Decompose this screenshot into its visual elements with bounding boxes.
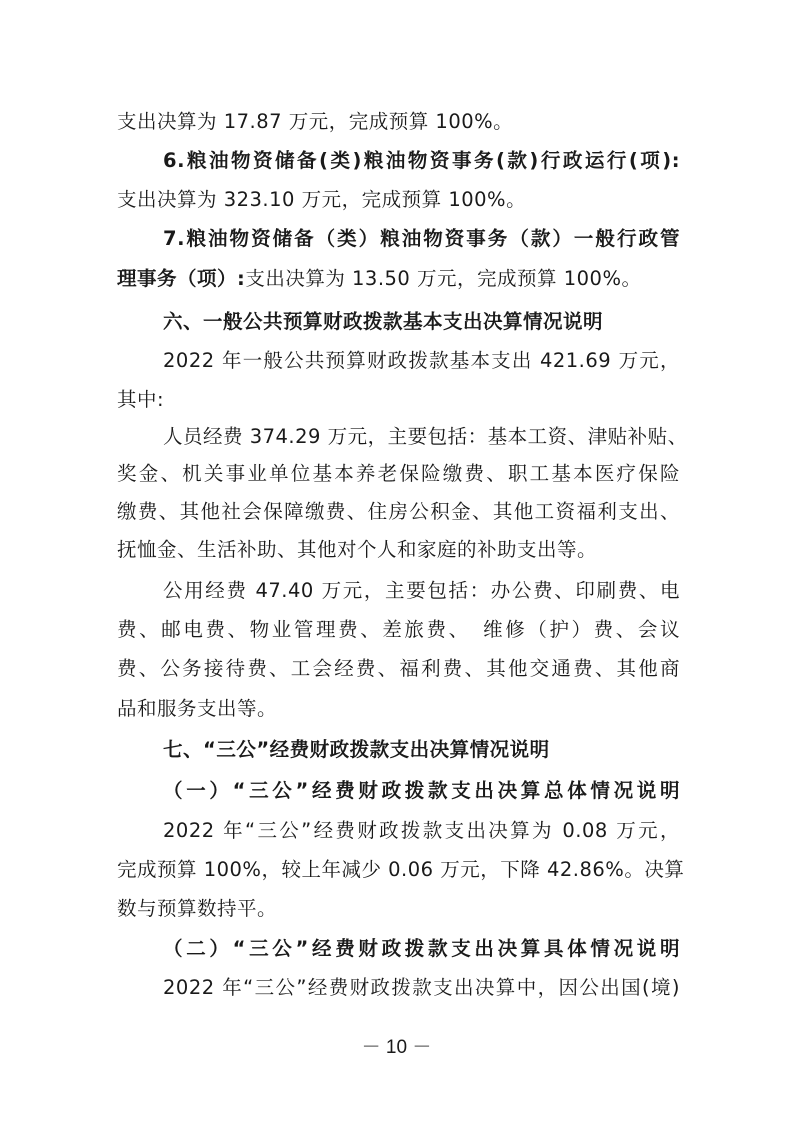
page-number: － 10 －	[0, 1032, 793, 1059]
paragraph-line: 支出决算为 323.10 万元，完成预算 100%。	[117, 187, 680, 213]
paragraph-line: 抚恤金、生活补助、其他对个人和家庭的补助支出等。	[117, 537, 680, 563]
item-7-value: 支出决算为 13.50 万元，完成预算 100%。	[245, 267, 641, 290]
paragraph-line: 公用经费 47.40 万元，主要包括：办公费、印刷费、电	[163, 578, 680, 604]
paragraph-line: 完成预算 100%，较上年减少 0.06 万元，下降 42.86%。决算	[117, 857, 680, 883]
paragraph-line: 2022 年“三公”经费财政拨款支出决算为 0.08 万元，	[163, 818, 680, 844]
section-6-heading: 六、一般公共预算财政拨款基本支出决算情况说明	[163, 309, 680, 335]
subsection-2-heading: （二）“三公”经费财政拨款支出决算具体情况说明	[163, 936, 680, 962]
paragraph-line: 理事务（项）:支出决算为 13.50 万元，完成预算 100%。	[117, 266, 680, 292]
paragraph-line: 费、公务接待费、工会经费、福利费、其他交通费、其他商	[117, 656, 680, 682]
paragraph-line: 费、邮电费、物业管理费、差旅费、 维修（护）费、会议	[117, 617, 680, 643]
paragraph-line: 其中:	[117, 387, 680, 413]
paragraph-line: 数与预算数持平。	[117, 896, 680, 922]
paragraph-line: 2022 年一般公共预算财政拨款基本支出 421.69 万元，	[163, 348, 680, 374]
paragraph-line: 人员经费 374.29 万元，主要包括：基本工资、津贴补贴、	[163, 424, 680, 450]
subsection-1-heading: （一）“三公”经费财政拨款支出决算总体情况说明	[163, 778, 680, 804]
paragraph-line: 品和服务支出等。	[117, 696, 680, 722]
paragraph-line: 奖金、机关事业单位基本养老保险缴费、职工基本医疗保险	[117, 461, 680, 487]
item-7-heading: 7.粮油物资储备（类）粮油物资事务（款）一般行政管	[163, 226, 680, 252]
section-7-heading: 七、“三公”经费财政拨款支出决算情况说明	[163, 737, 680, 763]
document-page: 支出决算为 17.87 万元，完成预算 100%。 6.粮油物资储备(类)粮油物…	[0, 0, 793, 1122]
paragraph-line: 2022 年“三公”经费财政拨款支出决算中，因公出国(境)	[163, 975, 680, 1001]
paragraph-line: 缴费、其他社会保障缴费、住房公积金、其他工资福利支出、	[117, 499, 680, 525]
paragraph-line: 支出决算为 17.87 万元，完成预算 100%。	[117, 109, 680, 135]
item-7-heading-cont: 理事务（项）:	[117, 267, 245, 290]
item-6-heading: 6.粮油物资储备(类)粮油物资事务(款)行政运行(项):	[163, 148, 680, 174]
